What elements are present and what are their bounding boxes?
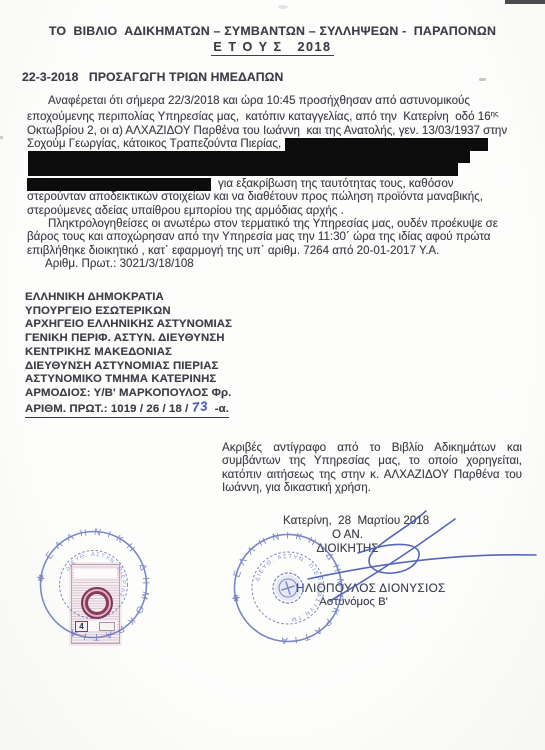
report-line-text: για εξακρίβωση της ταυτότητας τους, καθό… [218, 177, 454, 190]
register-year-text: Ε Τ Ο Υ Σ 2018 [211, 40, 333, 56]
svg-text:ΔΙΕΥΘ. ΑΣΤΥΝ. ΠΙΕΡΙΑΣ: ΔΙΕΥΘ. ΑΣΤΥΝ. ΠΙΕΡΙΑΣ [65, 552, 126, 599]
scan-artifact [479, 78, 486, 81]
signature [250, 505, 545, 625]
scan-artifact [0, 136, 3, 139]
scanned-document-page: ΤΟ ΒΙΒΛΙΟ ΑΔΙΚΗΜΑΤΩΝ – ΣΥΜΒΑΝΤΩΝ – ΣΥΛΛΗ… [0, 0, 545, 750]
report-line: Αναφέρεται ότι σήμερα 22/3/2018 και ώρα … [27, 94, 530, 107]
redaction-block [28, 151, 458, 176]
report-line: εποχούμενης περιπολίας Υπηρεσίας μας, κα… [27, 107, 530, 123]
certification-paragraph: Ακριβές αντίγραφο από το Βιβλίο Αδικημάτ… [222, 441, 522, 495]
entry-heading: 22-3-2018 ΠΡΟΣΑΓΩΓΗ ΤΡΙΩΝ ΗΜΕΔΑΠΩΝ [22, 70, 283, 84]
letterhead-line: ΓΕΝΙΚΗ ΠΕΡΙΦ. ΑΣΤΥΝ. ΔΙΕΥΘΥΝΣΗ [25, 332, 232, 346]
round-stamp-left: ✱ ΕΛΛΗΝΙΚΗ ΔΗΜΟΚΡΑΤΙΑ ΔΙΕΥΘ. ΑΣΤΥΝ. ΠΙΕΡ… [36, 527, 151, 642]
stamp-ring-text: ✱ ΕΛΛΗΝΙΚΗ ΔΗΜΟΚΡΑΤΙΑ [36, 527, 151, 642]
report-line-text: Σοχούμ Γεωργίας, κάτοικος Τραπεζούντα Πι… [27, 137, 281, 150]
letterhead-line: ΥΠΟΥΡΓΕΙΟ ΕΣΩΤΕΡΙΚΩΝ [25, 305, 232, 319]
redaction-bar [285, 138, 488, 151]
letterhead-line: ΑΣΤΥΝΟΜΙΚΟ ΤΜΗΜΑ ΚΑΤΕΡΙΝΗΣ [25, 373, 232, 387]
report-line: για εξακρίβωση της ταυτότητας τους, καθό… [27, 177, 530, 190]
stamp-inner-text: ΔΙΕΥΘ. ΑΣΤΥΝ. ΠΙΕΡΙΑΣ [65, 552, 126, 599]
protocol-suffix: -α. [208, 403, 229, 415]
report-line: Σοχούμ Γεωργίας, κάτοικος Τραπεζούντα Πι… [27, 137, 530, 150]
report-protocol-note: Αριθμ. Πρωτ.: 3021/3/18/108 [27, 257, 530, 270]
protocol-prefix: ΑΡΙΘΜ. ΠΡΩΤ.: 1019 / 26 / 18 / [25, 403, 192, 415]
register-year: Ε Τ Ο Υ Σ 2018 [0, 40, 545, 56]
report-line: Πληκτρολογηθείσες οι ανωτέρω στον τερματ… [27, 217, 530, 230]
report-line: Οκτωβρίου 2, οι α) ΑΛΧΑΖΙΔΟΥ Παρθένα του… [27, 124, 530, 137]
scan-artifact [278, 5, 288, 9]
letterhead-line: ΔΙΕΥΘΥΝΣΗ ΑΣΤΥΝΟΜΙΑΣ ΠΙΕΡΙΑΣ [25, 360, 232, 374]
letterhead-line: ΑΡΧΗΓΕΙΟ ΕΛΛΗΝΙΚΗΣ ΑΣΤΥΝΟΜΙΑΣ [25, 318, 232, 332]
report-line: στερούμενες αδείας υπαίθρου εμπορίου της… [27, 204, 530, 217]
letterhead-line: ΕΛΛΗΝΙΚΗ ΔΗΜΟΚΡΑΤΙΑ [25, 291, 232, 305]
report-line: στερούνταν αποδεικτικών στοιχείων και να… [27, 190, 530, 203]
redaction-bar [27, 178, 211, 191]
report-line-text: εποχούμενης περιπολίας Υπηρεσίας μας, κα… [27, 110, 491, 123]
handwritten-protocol-number: 73 [191, 399, 209, 414]
protocol-number-line: ΑΡΙΘΜ. ΠΡΩΤ.: 1019 / 26 / 18 / 73 -α. [25, 401, 229, 419]
street-ordinal-superscript: ης [491, 109, 499, 118]
report-body: Αναφέρεται ότι σήμερα 22/3/2018 και ώρα … [27, 94, 530, 270]
svg-text:✱ ΕΛΛΗΝΙΚΗ ΔΗΜΟΚΡΑΤΙΑ: ✱ ΕΛΛΗΝΙΚΗ ΔΗΜΟΚΡΑΤΙΑ [36, 527, 151, 642]
letterhead-line: ΚΕΝΤΡΙΚΗΣ ΜΑΚΕΔΟΝΙΑΣ [25, 346, 232, 360]
report-line: επιβλήθηκε διοικητικό , κατ΄ εφαρμογή τη… [27, 244, 530, 257]
register-title: ΤΟ ΒΙΒΛΙΟ ΑΔΙΚΗΜΑΤΩΝ – ΣΥΜΒΑΝΤΩΝ – ΣΥΛΛΗ… [0, 24, 545, 38]
scan-artifact [505, 0, 545, 4]
report-line: βάρος τους και αποχώρησαν από την Υπηρεσ… [27, 230, 530, 243]
letterhead: ΕΛΛΗΝΙΚΗ ΔΗΜΟΚΡΑΤΙΑ ΥΠΟΥΡΓΕΙΟ ΕΣΩΤΕΡΙΚΩΝ… [25, 291, 232, 418]
